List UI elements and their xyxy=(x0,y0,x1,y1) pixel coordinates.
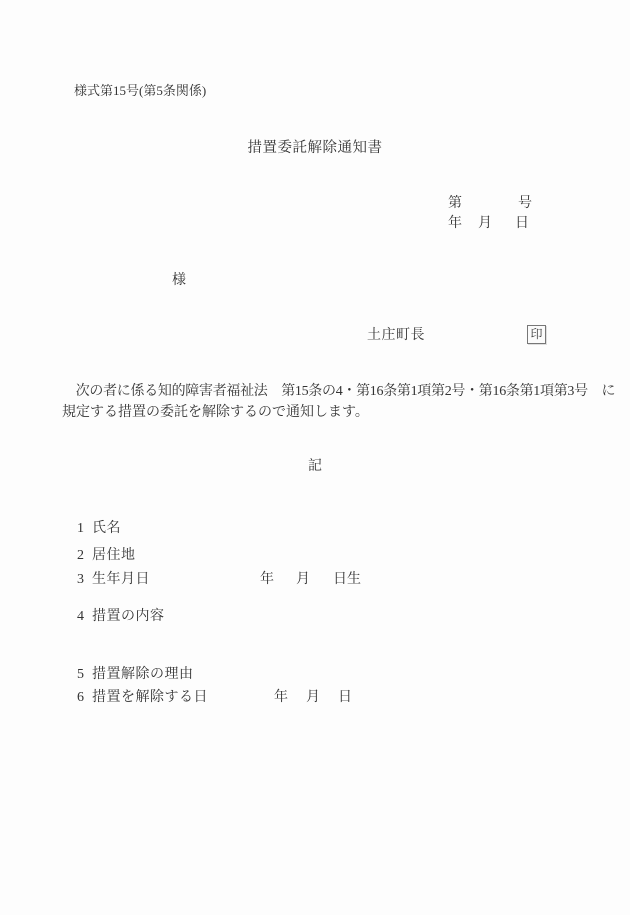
date-month-label: 月 xyxy=(478,216,492,231)
recipient-honorific: 様 xyxy=(172,273,186,288)
list-item-cancellation-date: 6 措置を解除する日 年 月 日 xyxy=(0,690,630,706)
seal-stamp: 印 xyxy=(527,325,546,344)
list-item-measure-content: 4 措置の内容 xyxy=(0,609,630,625)
item-number: 1 xyxy=(77,521,84,536)
document-title: 措置委託解除通知書 xyxy=(0,141,630,157)
list-item-cancellation-reason: 5 措置解除の理由 xyxy=(0,667,630,683)
item-label: 氏名 xyxy=(92,521,121,536)
year-label: 年 xyxy=(260,572,274,587)
month-label: 月 xyxy=(296,572,310,587)
item-label: 措置を解除する日 xyxy=(92,690,208,705)
body-paragraph-line-2: 規定する措置の委託を解除するので通知します。 xyxy=(62,405,369,420)
month-label: 月 xyxy=(306,690,320,705)
item-number: 4 xyxy=(77,609,84,624)
item-label: 居住地 xyxy=(92,548,136,563)
item-number: 2 xyxy=(77,548,84,563)
document-page: 様式第15号(第5条関係) 措置委託解除通知書 第 号 年 月 日 様 土庄町長… xyxy=(0,0,630,915)
form-number: 様式第15号(第5条関係) xyxy=(74,84,206,98)
date-day-label: 日 xyxy=(515,216,529,231)
body-paragraph-line-1: 次の者に係る知的障害者福祉法 第15条の4・第16条第1項第2号・第16条第1項… xyxy=(62,384,615,399)
item-label: 措置解除の理由 xyxy=(92,667,194,682)
list-item-birthdate: 3 生年月日 年 月 日生 xyxy=(0,572,630,588)
item-number: 3 xyxy=(77,572,84,587)
item-number: 6 xyxy=(77,690,84,705)
year-label: 年 xyxy=(274,690,288,705)
list-item-name: 1 氏名 xyxy=(0,521,630,537)
day-born-label: 日生 xyxy=(333,572,361,587)
mayor-name: 土庄町長 xyxy=(367,328,425,343)
day-label: 日 xyxy=(338,690,352,705)
doc-number-suffix: 号 xyxy=(518,196,532,211)
item-label: 生年月日 xyxy=(92,572,150,587)
item-number: 5 xyxy=(77,667,84,682)
record-heading: 記 xyxy=(0,459,630,474)
doc-number-prefix: 第 xyxy=(448,196,462,211)
list-item-residence: 2 居住地 xyxy=(0,548,630,564)
date-year-label: 年 xyxy=(448,216,462,231)
item-label: 措置の内容 xyxy=(92,609,165,624)
